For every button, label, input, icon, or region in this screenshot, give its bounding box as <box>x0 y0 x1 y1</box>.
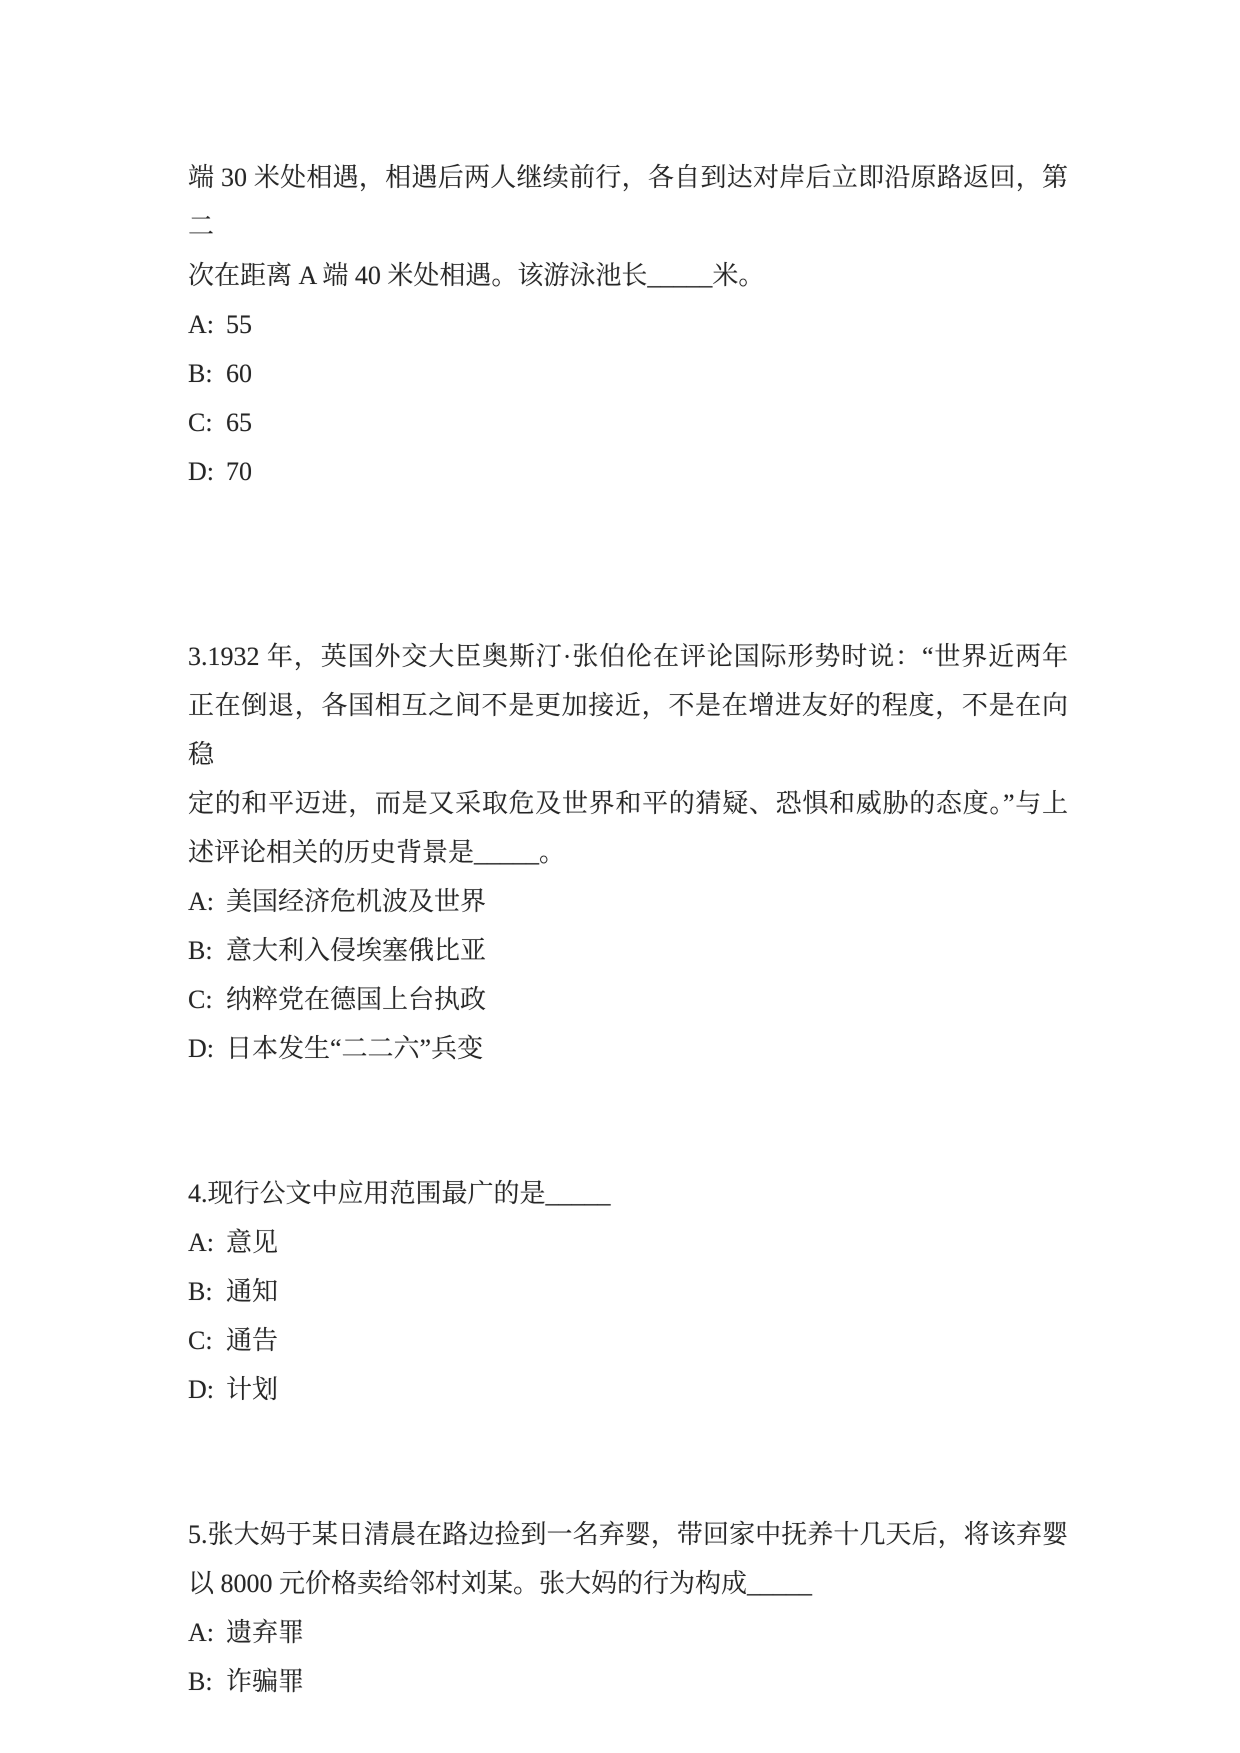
option-row-d: D:日本发生“二二六”兵变 <box>188 1024 1070 1073</box>
option-row-c: C:纳粹党在德国上台执政 <box>188 975 1070 1024</box>
option-text: 意大利入侵埃塞俄比亚 <box>226 936 486 965</box>
option-label: B: <box>188 349 226 398</box>
option-text: 65 <box>226 408 252 437</box>
option-label: B: <box>188 1267 226 1316</box>
option-row-d: D:70 <box>188 447 1070 496</box>
option-label: B: <box>188 926 226 975</box>
option-row-b: B:诈骗罪 <box>188 1657 1070 1706</box>
option-text: 计划 <box>226 1375 278 1404</box>
question-stem-line: 5.张大妈于某日清晨在路边捡到一名弃婴，带回家中抚养十几天后，将该弃婴 <box>188 1510 1068 1559</box>
option-label: C: <box>188 975 226 1024</box>
option-text: 日本发生“二二六”兵变 <box>226 1034 483 1063</box>
option-text: 纳粹党在德国上台执政 <box>226 985 486 1014</box>
option-label: D: <box>188 1365 226 1414</box>
question-stem-line: 述评论相关的历史背景是_____。 <box>188 828 1068 877</box>
option-row-c: C:65 <box>188 398 1070 447</box>
question-stem-line: 次在距离 A 端 40 米处相遇。该游泳池长_____米。 <box>188 251 1068 300</box>
option-row-a: A:美国经济危机波及世界 <box>188 877 1070 926</box>
option-label: A: <box>188 1608 226 1657</box>
option-label: A: <box>188 300 226 349</box>
option-text: 通告 <box>226 1326 278 1355</box>
option-label: C: <box>188 1316 226 1365</box>
question-block-4: 4.现行公文中应用范围最广的是_____ A:意见 B:通知 C:通告 D:计划 <box>188 1169 1070 1414</box>
question-stem-line: 3.1932 年，英国外交大臣奥斯汀·张伯伦在评论国际形势时说：“世界近两年 <box>188 632 1068 681</box>
option-row-a: A:55 <box>188 300 1070 349</box>
option-label: A: <box>188 1218 226 1267</box>
option-row-d: D:计划 <box>188 1365 1070 1414</box>
question-stem-line: 4.现行公文中应用范围最广的是_____ <box>188 1169 1068 1218</box>
option-label: B: <box>188 1657 226 1706</box>
option-label: D: <box>188 1024 226 1073</box>
question-stem-line: 端 30 米处相遇，相遇后两人继续前行，各自到达对岸后立即沿原路返回，第二 <box>188 153 1068 251</box>
question-stem-line: 以 8000 元价格卖给邻村刘某。张大妈的行为构成_____ <box>188 1559 1068 1608</box>
option-text: 诈骗罪 <box>226 1667 304 1696</box>
question-stem-line: 定的和平迈进，而是又采取危及世界和平的猜疑、恐惧和威胁的态度。”与上 <box>188 779 1068 828</box>
option-row-b: B:意大利入侵埃塞俄比亚 <box>188 926 1070 975</box>
option-label: A: <box>188 877 226 926</box>
question-block-3: 3.1932 年，英国外交大臣奥斯汀·张伯伦在评论国际形势时说：“世界近两年 正… <box>188 632 1070 1073</box>
question-block-5: 5.张大妈于某日清晨在路边捡到一名弃婴，带回家中抚养十几天后，将该弃婴 以 80… <box>188 1510 1070 1706</box>
question-block-2: 端 30 米处相遇，相遇后两人继续前行，各自到达对岸后立即沿原路返回，第二 次在… <box>188 153 1070 496</box>
option-text: 60 <box>226 359 252 388</box>
option-row-b: B:通知 <box>188 1267 1070 1316</box>
option-text: 通知 <box>226 1277 278 1306</box>
option-row-b: B:60 <box>188 349 1070 398</box>
option-text: 意见 <box>226 1228 278 1257</box>
option-text: 70 <box>226 457 252 486</box>
document-page: 端 30 米处相遇，相遇后两人继续前行，各自到达对岸后立即沿原路返回，第二 次在… <box>0 0 1240 1753</box>
option-text: 遗弃罪 <box>226 1618 304 1647</box>
question-stem-line: 正在倒退，各国相互之间不是更加接近，不是在增进友好的程度，不是在向稳 <box>188 681 1068 779</box>
option-row-c: C:通告 <box>188 1316 1070 1365</box>
option-row-a: A:意见 <box>188 1218 1070 1267</box>
option-text: 55 <box>226 310 252 339</box>
option-row-a: A:遗弃罪 <box>188 1608 1070 1657</box>
option-label: D: <box>188 447 226 496</box>
option-text: 美国经济危机波及世界 <box>226 887 486 916</box>
option-label: C: <box>188 398 226 447</box>
